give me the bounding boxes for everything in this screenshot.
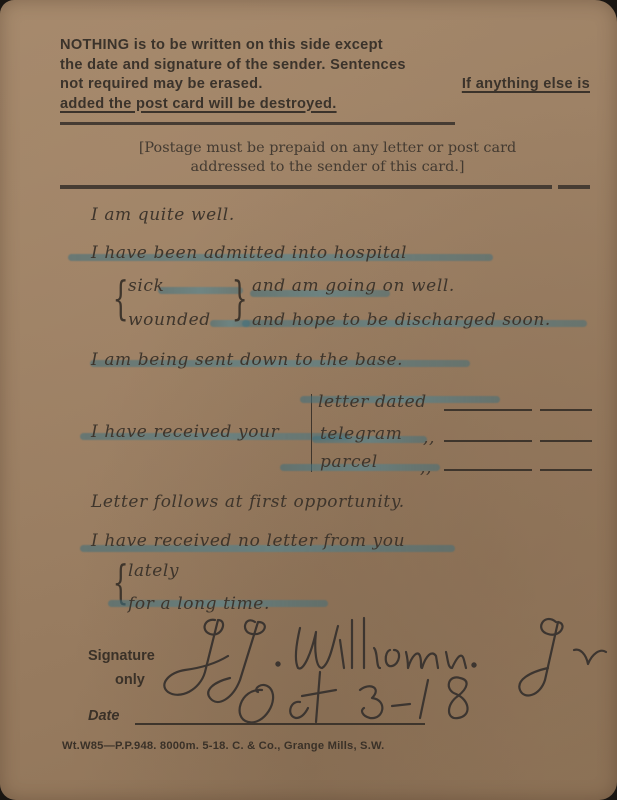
right-brace-sick-wounded: } — [232, 272, 248, 324]
rule-divider — [60, 185, 552, 189]
signature-label: Signature — [88, 648, 155, 664]
field-service-post-card: NOTHING is to be written on this side ex… — [0, 0, 617, 800]
rule-divider-end — [558, 185, 590, 189]
postage-line-1: [Postage must be prepaid on any letter o… — [60, 139, 595, 158]
signature-label-only: only — [115, 672, 145, 688]
sentence-sent-to-base: I am being sent down to the base. — [91, 350, 403, 370]
left-brace-sick-wounded: { — [113, 272, 129, 324]
postage-note: [Postage must be prepaid on any letter o… — [60, 139, 595, 177]
date-label: Date — [88, 708, 119, 724]
option-long-time: for a long time. — [128, 594, 270, 614]
option-letter-dated: letter dated — [318, 392, 427, 412]
blank-parcel-2 — [540, 469, 592, 471]
date-line — [135, 723, 425, 725]
ditto-parcel: ,, — [420, 458, 432, 478]
option-lately: lately — [128, 561, 179, 581]
sentence-received-your: I have received your — [91, 422, 279, 442]
blank-letter-date-2 — [540, 409, 592, 411]
option-telegram: telegram — [320, 424, 402, 444]
notice-warning-underlined: If anything else is — [462, 75, 590, 95]
sentence-letter-follows: Letter follows at first opportunity. — [91, 492, 405, 512]
notice-line-4: added the post card will be destroyed. — [60, 95, 590, 115]
strikethrough-sick — [158, 287, 243, 294]
option-parcel: parcel — [320, 452, 378, 472]
blank-letter-date-1 — [444, 409, 532, 411]
sentence-going-well: and am going on well. — [252, 276, 455, 296]
blank-telegram-2 — [540, 440, 592, 442]
postage-line-2: addressed to the sender of this card.] — [60, 158, 595, 177]
sentence-quite-well: I am quite well. — [91, 205, 235, 225]
option-sick: sick — [128, 276, 164, 296]
bracket-letter-telegram-parcel — [311, 394, 318, 472]
blank-parcel-1 — [444, 469, 532, 471]
ditto-telegram: ,, — [423, 428, 435, 448]
notice-line-3: not required may be erased. If anything … — [60, 75, 590, 95]
printer-imprint: Wt.W85—P.P.948. 8000m. 5-18. C. & Co., G… — [62, 740, 384, 752]
sentence-discharged: and hope to be discharged soon. — [252, 310, 551, 330]
sentence-admitted-hospital: I have been admitted into hospital — [91, 243, 407, 263]
option-wounded: wounded — [128, 310, 211, 330]
sentence-no-letter: I have received no letter from you — [91, 531, 405, 551]
blank-telegram-1 — [444, 440, 532, 442]
notice-line-2: the date and signature of the sender. Se… — [60, 56, 590, 76]
rule-top — [60, 122, 455, 125]
notice-block: NOTHING is to be written on this side ex… — [60, 36, 590, 114]
notice-line-1: NOTHING is to be written on this side ex… — [60, 36, 590, 56]
notice-warning-underlined-2: added the post card will be destroyed. — [60, 95, 337, 115]
